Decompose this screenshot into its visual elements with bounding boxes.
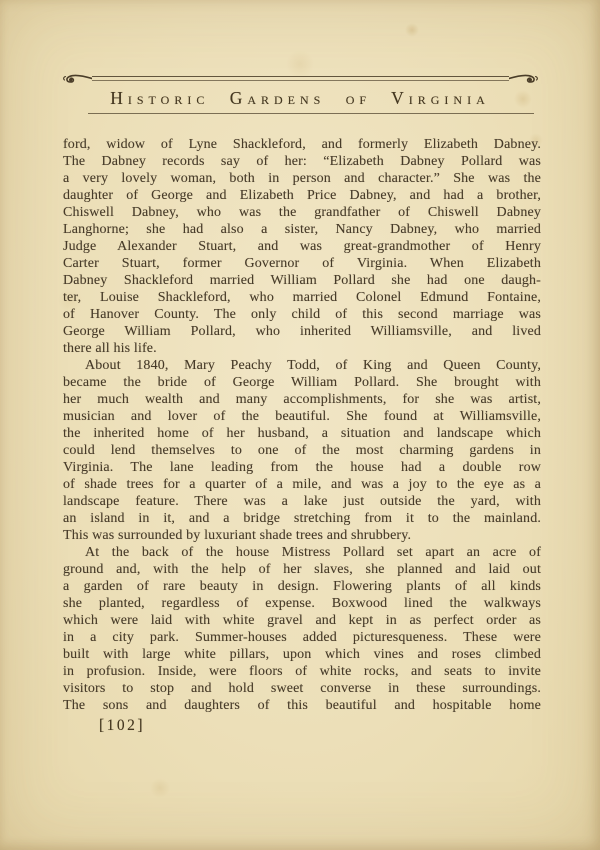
text-line: About 1840, Mary Peachy Todd, of King an… [63, 357, 541, 374]
ornamental-rule [62, 72, 539, 85]
text-line: visitors to stop and hold sweet converse… [63, 680, 541, 697]
text-line: of Hanover County. The only child of thi… [63, 306, 541, 323]
text-line: Chiswell Dabney, who was the grandfather… [63, 204, 541, 221]
text-line: ter, Louise Shackleford, who married Col… [63, 289, 541, 306]
text-line: Carter Stuart, former Governor of Virgin… [63, 255, 541, 272]
page-body: ford, widow of Lyne Shackleford, and for… [63, 136, 541, 714]
text-line: built with large white pillars, upon whi… [63, 646, 541, 663]
text-line: her much wealth and many accomplishments… [63, 391, 541, 408]
running-head-title: Historic Gardens of Virginia [0, 87, 600, 109]
text-line: became the bride of George William Polla… [63, 374, 541, 391]
title-underline-rule [88, 113, 534, 114]
text-line: This was surrounded by luxuriant shade t… [63, 527, 541, 544]
text-line: Virginia. The lane leading from the hous… [63, 459, 541, 476]
text-line: in a city park. Summer-houses added pict… [63, 629, 541, 646]
text-line: musician and lover of the beautiful. She… [63, 408, 541, 425]
text-line: ground and, with the help of her slaves,… [63, 561, 541, 578]
text-line: Langhorne; she had also a sister, Nancy … [63, 221, 541, 238]
text-line: a very lovely woman, both in person and … [63, 170, 541, 187]
text-line: the inherited home of her husband, a sit… [63, 425, 541, 442]
text-line: an island in it, and a bridge stretching… [63, 510, 541, 527]
double-rule [92, 76, 509, 81]
scroll-ornament-right-icon [509, 72, 539, 85]
text-line: Dabney Shackleford married William Polla… [63, 272, 541, 289]
text-line: of shade trees for a quarter of a mile, … [63, 476, 541, 493]
text-line: could lend themselves to one of the most… [63, 442, 541, 459]
text-line: a garden of rare beauty in design. Flowe… [63, 578, 541, 595]
text-line: ford, widow of Lyne Shackleford, and for… [63, 136, 541, 153]
text-line: she planted, regardless of expense. Boxw… [63, 595, 541, 612]
text-line: daughter of George and Elizabeth Price D… [63, 187, 541, 204]
text-line: The Dabney records say of her: “Elizabet… [63, 153, 541, 170]
text-line: George William Pollard, who inherited Wi… [63, 323, 541, 340]
text-line: At the back of the house Mistress Pollar… [63, 544, 541, 561]
text-line: Judge Alexander Stuart, and was great-gr… [63, 238, 541, 255]
text-line: The sons and daughters of this beautiful… [63, 697, 541, 714]
text-line: there all his life. [63, 340, 541, 357]
scroll-ornament-left-icon [62, 72, 92, 85]
page-number: [102] [99, 717, 145, 735]
text-line: which were laid with white gravel and ke… [63, 612, 541, 629]
text-line: in profusion. Inside, were floors of whi… [63, 663, 541, 680]
text-line: landscape feature. There was a lake just… [63, 493, 541, 510]
book-page: Historic Gardens of Virginia ford, widow… [0, 0, 600, 850]
